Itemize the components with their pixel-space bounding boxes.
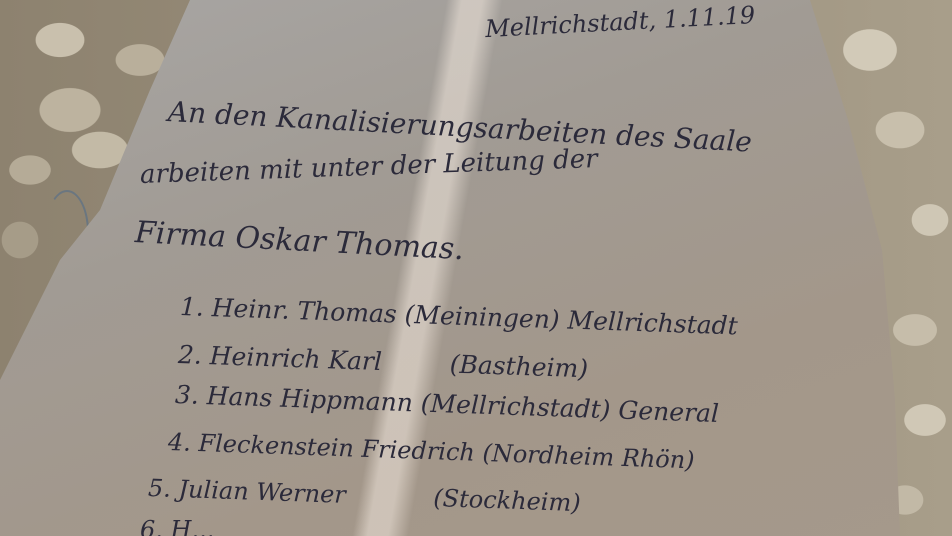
worker-note: General [618,395,719,427]
worker-number: 3. [174,380,199,410]
worker-number: 5. [148,474,172,503]
worker-number: 6. [140,516,163,536]
worker-origin: (Meiningen) [404,300,560,334]
worker-row: 6. H... [140,516,214,536]
worker-origin: (Nordheim [482,439,615,472]
worker-note: Rhön) [621,444,695,475]
worker-number: 1. [179,292,204,322]
worker-origin: (Stockheim) [433,484,581,517]
worker-name: Julian Werner [178,475,346,509]
worker-name: Heinrich Karl [209,341,382,376]
worker-name: H... [171,516,215,536]
worker-number: 2. [177,340,202,370]
worker-origin: (Bastheim) [449,350,588,384]
worker-note: Mellrichstadt [567,306,738,341]
worker-number: 4. [168,428,192,457]
